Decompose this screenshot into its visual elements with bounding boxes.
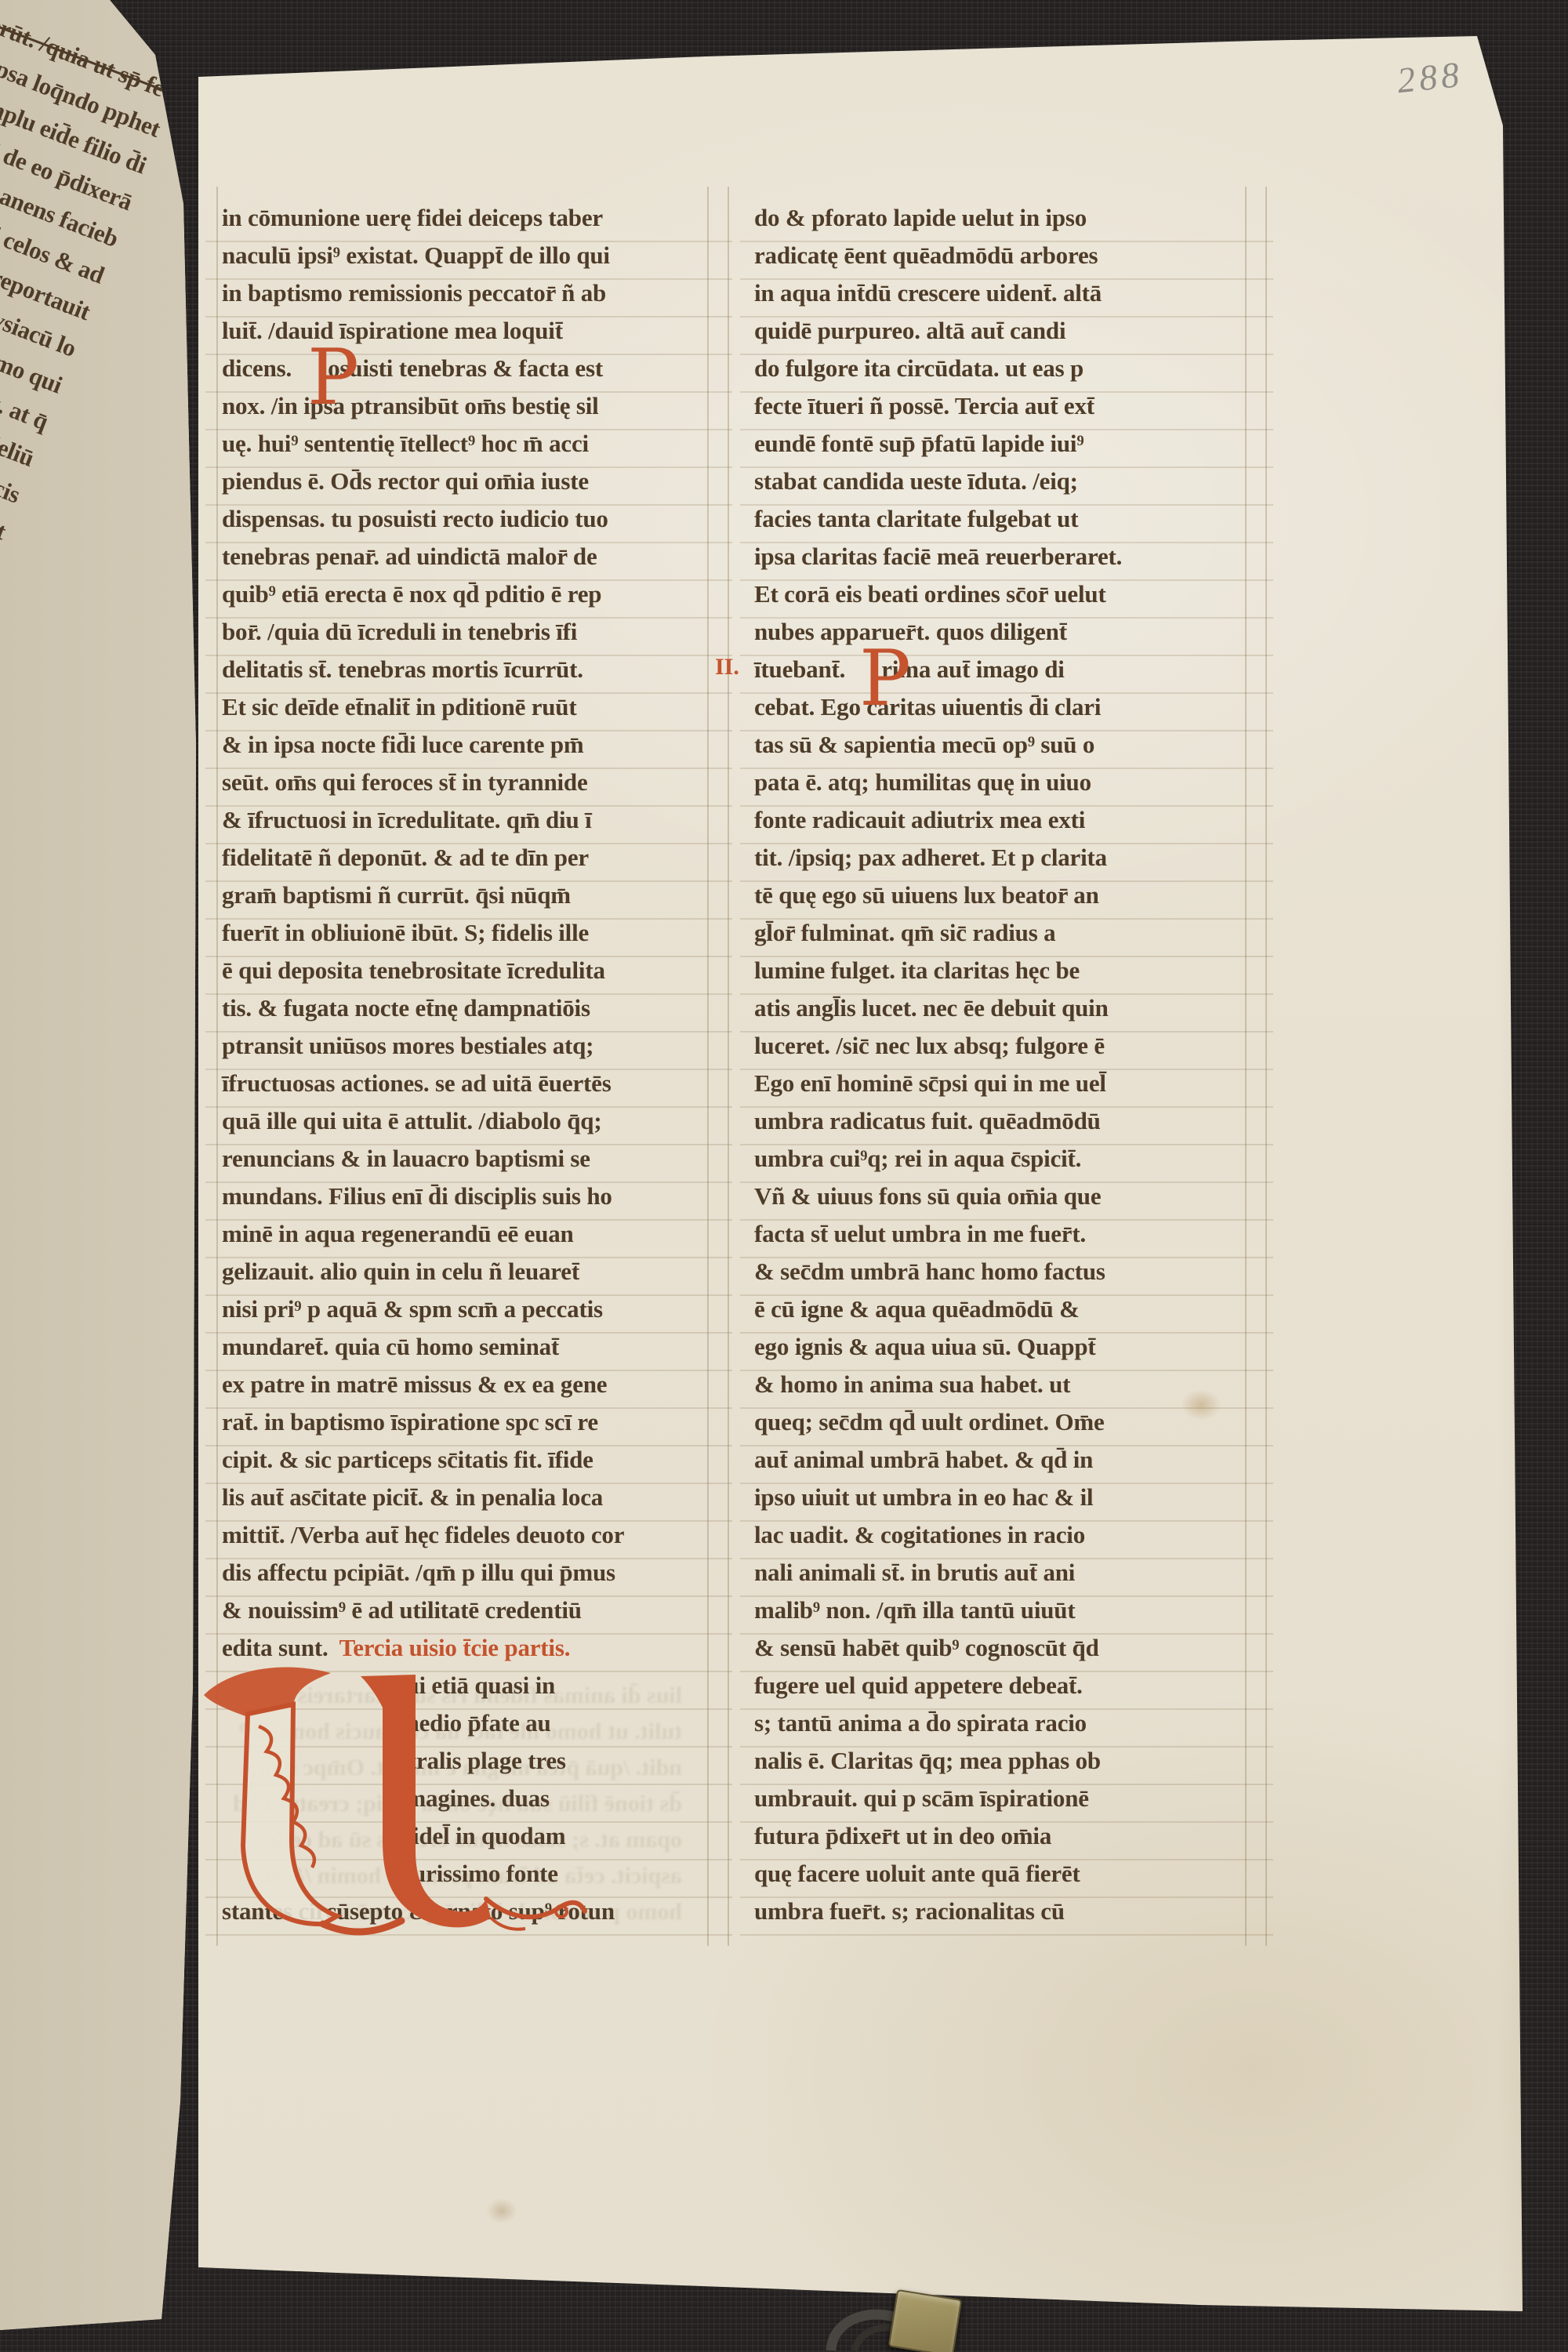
text-line: tenebras penar̄. ad uindictā malor̄ de [222,538,728,575]
text-line: nubes apparuer̄t. quos diligent̄ [754,613,1260,651]
text-line: tē quę ego sū uiuens lux beator̄ an [754,877,1260,914]
text-line: fidelitatē ñ deponūt. & ad te dīn per [222,839,728,877]
text-line: mundaret̄. quia cū homo seminat̄ [222,1328,728,1366]
manuscript-page: lius d̄i animas fideliū ris sui a tartar… [0,0,1568,2352]
text-line: & sensū habēt quib⁹ cognoscūt q̄d [754,1629,1260,1667]
text-line: delitatis st̄. tenebras mortis īcurrūt. [222,651,728,688]
text-line: gl̄or̄ fulminat. qm̄ sic̄ radius a [754,914,1260,952]
book-strap-tag [888,2289,963,2352]
text-line: & nouissim⁹ ē ad utilitatē credentiū [222,1592,728,1629]
text-line: & in ipsa nocte fid̄i luce carente pm̄ [222,726,728,764]
text-line: mittit̄. /Verba aut̄ hęc fideles deuoto … [222,1516,728,1554]
text-line: naculū ipsi⁹ existat. Quappt̄ de illo qu… [222,237,728,274]
text-line: tas sū & sapientia mecū op⁹ suū o [754,726,1260,764]
illuminated-initial-U [199,1659,591,1957]
text-line: Et corā eis beati ordines sc̄or̄ uelut [754,575,1260,613]
text-line: lumine fulget. ita claritas hęc be [754,952,1260,989]
text-line: eundē fontē sup̄ p̄fatū lapide iui⁹ [754,425,1260,463]
text-line: quidē purpureo. altā aut̄ candi [754,312,1260,350]
text-line: quā ille qui uita ē attulit. /diabolo q̄… [222,1102,728,1140]
text-line: stabat candida ueste īduta. /eiq; [754,463,1260,500]
text-line: lis aut̄ asc̄itate picit̄. & in penalia … [222,1479,728,1516]
rubric-title: Tercia uisio t̄cie partis. [339,1634,571,1661]
text-line: facies tanta claritate fulgebat ut [754,500,1260,538]
text-line: fonte radicauit adiutrix mea exti [754,801,1260,839]
text-line: umbra fuer̄t. s; racionalitas cū [754,1893,1260,1930]
text-line: radicatę ēent quēadmōdū arbores [754,237,1260,274]
text-line: mundans. Filius enī d̄i disciplis suis h… [222,1178,728,1215]
text-line: futura p̄dixer̄t ut in deo om̄ia [754,1817,1260,1855]
text-line: ex patre in matrē missus & ex ea gene [222,1366,728,1403]
text-line: s; tantū anima a d̄o spirata racio [754,1704,1260,1742]
text-line: facta st̄ uelut umbra in me fuer̄t. [754,1215,1260,1253]
text-line: nali animali st̄. in brutis aut̄ ani [754,1554,1260,1592]
text-line: nox. /in ipsa ptransibūt om̄s bestię sil [222,387,728,425]
text-line: luit̄. /dauid īspiratione mea loquit̄ [222,312,728,350]
text-line: ē qui deposita tenebrositate īcredulita [222,952,728,989]
text-line: luceret. /sic̄ nec lux absq; fulgore ē [754,1027,1260,1065]
text-line: dicens. osuisti tenebras & facta est [222,350,728,387]
text-line: queq; sec̄dm qd̄ uult ordinet. Om̄e [754,1403,1260,1441]
text-line: cipit. & sic particeps sc̄itatis fit. īf… [222,1441,728,1479]
text-line: aut̄ animal umbrā habet. & qd̄ in [754,1441,1260,1479]
text-line: malib⁹ non. /qm̄ illa tantū uiuūt [754,1592,1260,1629]
text-line: piendus ē. Od̄s rector qui om̄ia iuste [222,463,728,500]
text-line: renuncians & in lauacro baptismi se [222,1140,728,1178]
text-line: umbra radicatus fuit. quēadmōdū [754,1102,1260,1140]
text-line: dispensas. tu posuisti recto iudicio tuo [222,500,728,538]
text-line: ptransit uniūsos mores bestiales atq; [222,1027,728,1065]
text-line: tis. & fugata nocte et̄nę dampnatiōis [222,989,728,1027]
folio-number-pencil: 288 [1395,53,1465,101]
ruling-line-vertical [728,187,729,1946]
text-line: ipsa claritas faciē meā reuerberaret. [754,538,1260,575]
red-initial-P-prima: P [859,643,911,715]
text-line: umbra cui⁹q; rei in aqua c̄spicit̄. [754,1140,1260,1178]
text-line: ego ignis & aqua uiua sū. Quappt̄ [754,1328,1260,1366]
text-line: do & pforato lapide uelut in ipso [754,199,1260,237]
manuscript-photo: fuerūt. /quia ut sp̄ fec̄sic ipsa loq̄nd… [0,0,1568,2352]
text-line: in aqua int̄dū crescere uident̄. altā [754,274,1260,312]
text-line: in cōmunione uerę fidei deiceps taber [222,199,728,237]
text-line: ē cū igne & aqua quēadmōdū & [754,1290,1260,1328]
text-line: īfructuosas actiones. se ad uitā ēuertēs [222,1065,728,1102]
text-line: ipso uiuit ut umbra in eo hac & il [754,1479,1260,1516]
text-line: dis affectu pcipiāt. /qm̄ p illu qui p̄m… [222,1554,728,1592]
facing-page-text: fuerūt. /quia ut sp̄ fec̄sic ipsa loq̄nd… [0,0,180,1759]
text-line: minē in aqua regenerandū eē euan [222,1215,728,1253]
text-column-right: do & pforato lapide uelut in ipsoradicat… [754,199,1260,1930]
text-line: seūt. om̄s qui feroces st̄ in tyrannide [222,764,728,801]
text-line: uę. hui⁹ sententię ītellect⁹ hoc m̄ acci [222,425,728,463]
text-line: pata ē. atq; humilitas quę in uiuo [754,764,1260,801]
text-line: cebat. Ego caritas uiuentis d̄i clari [754,688,1260,726]
red-initial-P-posuisti: P [307,342,359,414]
text-line: quę facere uoluit ante quā fierēt [754,1855,1260,1893]
text-line: & sec̄dm umbrā hanc homo factus [754,1253,1260,1290]
text-line: nisi pri⁹ p aquā & spm scm̄ a peccatis [222,1290,728,1328]
text-line: umbrauit. qui p scām īspirationē [754,1780,1260,1817]
text-line: & homo in anima sua habet. ut [754,1366,1260,1403]
text-line: fecte ītueri ñ possē. Tercia aut̄ ext̄ [754,387,1260,425]
text-line: ītuebant̄. rima aut̄ imago di [754,651,1260,688]
text-line: in baptismo remissionis peccator̄ ñ ab [222,274,728,312]
section-numeral: II. [715,654,739,681]
ruling-line-vertical [1265,187,1267,1946]
line-text: edita sunt. [222,1634,328,1661]
text-line: Ego enī hominē sc̄psi qui in me uel̄ [754,1065,1260,1102]
text-line: gelizauit. alio quin in celu ñ leuaret̄ [222,1253,728,1290]
text-line: gram̄ baptismi ñ currūt. q̄si nūqm̄ [222,877,728,914]
text-line: fugere uel quid appetere debeat̄. [754,1667,1260,1704]
text-line: bor̄. /quia dū īcreduli in tenebris īfi [222,613,728,651]
text-line: quib⁹ etiā erecta ē nox qd̄ pditio ē rep [222,575,728,613]
text-line: Vñ & uiuus fons sū quia om̄ia que [754,1178,1260,1215]
text-line: atis angl̄is lucet. nec ēe debuit quin [754,989,1260,1027]
text-line: fuerīt in obliuionē ibūt. S; fidelis ill… [222,914,728,952]
text-line: do fulgore ita circūdata. ut eas p [754,350,1260,387]
text-line: Et sic deīde et̄nalit̄ in pditionē ruūt [222,688,728,726]
text-line: lac uadit. & cogitationes in racio [754,1516,1260,1554]
text-line: tit. /ipsiq; pax adheret. Et p clarita [754,839,1260,877]
text-line: & īfructuosi in īcredulitate. qm̄ diu ī [222,801,728,839]
text-line: nalis ē. Claritas q̄q; mea pphas ob [754,1742,1260,1780]
text-line: rat̄. in baptismo īspiratione spc scī re [222,1403,728,1441]
